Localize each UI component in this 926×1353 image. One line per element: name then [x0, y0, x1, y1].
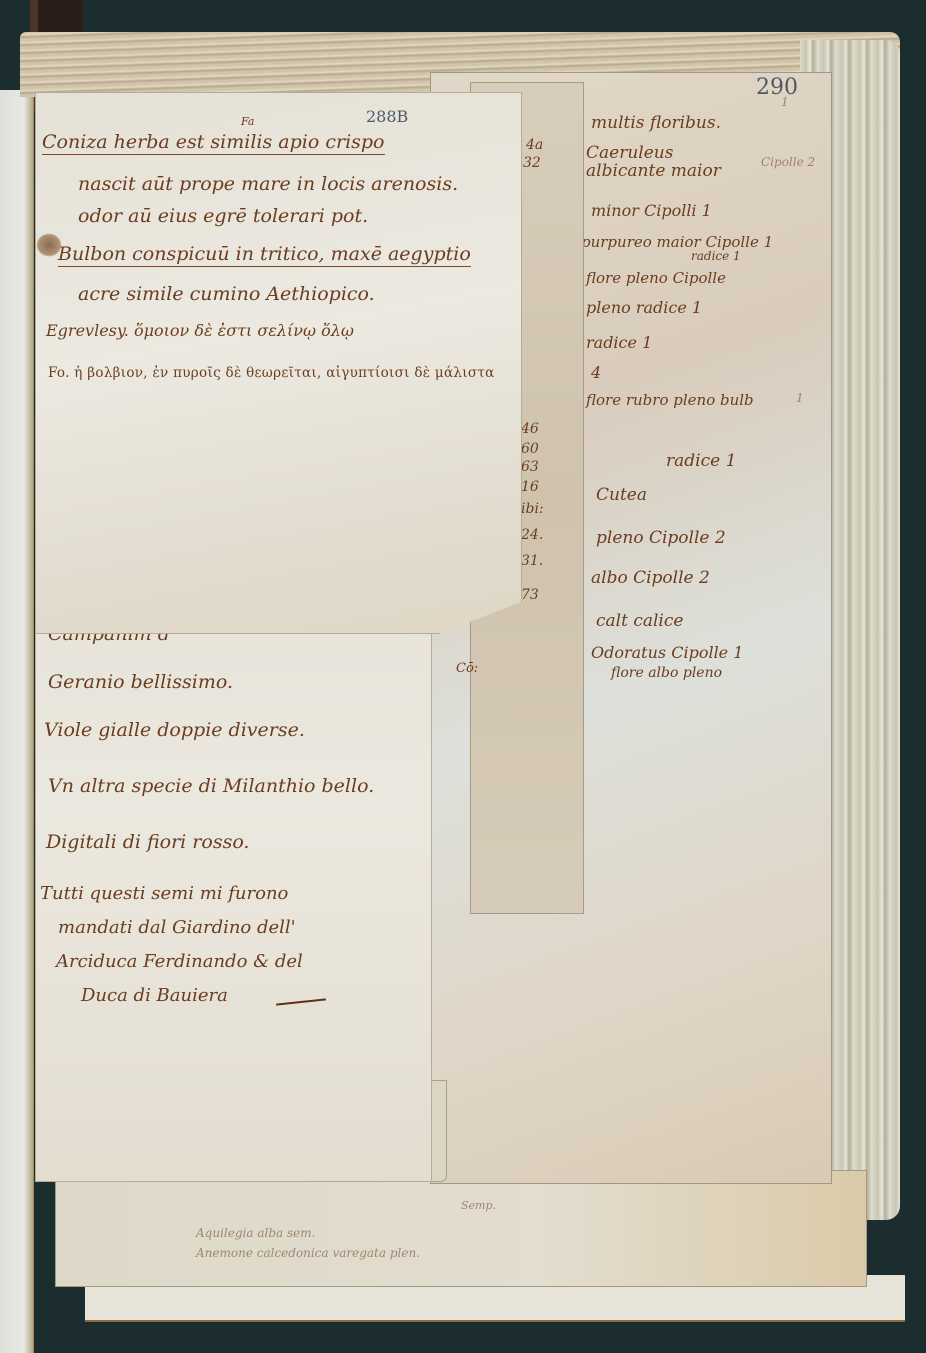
- strip-mark: Cō:: [456, 661, 478, 676]
- right-line: 4: [591, 363, 601, 382]
- bottom-sheet-line: Anemone calcedonica varegata plen.: [196, 1246, 420, 1260]
- right-line: radice 1: [586, 333, 652, 352]
- strip-number: 32: [523, 155, 541, 171]
- superscript-note: Fa: [241, 115, 254, 128]
- slip-line-text: Coniza herba est similis apio crispo: [42, 131, 385, 155]
- right-line: purpureo maior Cipolle 1: [581, 233, 773, 251]
- flourish-underline: [276, 998, 326, 1005]
- folio-number: 290: [756, 75, 798, 100]
- strip-number: 31.: [521, 553, 543, 569]
- margin-mark: 1: [781, 95, 789, 109]
- slip-line: Bulbon conspicuū in tritico, maxē aegypt…: [58, 243, 471, 265]
- slip-line: Fo. ἡ βολβιον, ἐν πυροῖς δὲ θεωρεῖται, α…: [48, 365, 495, 381]
- lower-note-sheet: Cō: Campanim d Geranio bellissimo. Viole…: [35, 560, 432, 1182]
- right-line: Caeruleus: [586, 143, 673, 163]
- facing-page-edge: [0, 90, 34, 1353]
- lower-line: Digitali di fiori rosso.: [46, 831, 249, 853]
- lower-line: Arciduca Ferdinando & del: [56, 951, 303, 972]
- strip-number: 16: [521, 479, 539, 495]
- right-line: radice 1: [666, 451, 736, 471]
- bottom-sheet-line: Aquilegia alba sem.: [196, 1226, 315, 1240]
- note-slip: 288B Fa Coniza herba est similis apio cr…: [35, 92, 522, 634]
- margin-mark: Cipolle 2: [761, 155, 815, 169]
- right-line: pleno Cipolle 2: [596, 528, 726, 548]
- strip-number: 63: [521, 459, 539, 475]
- bottom-sheet-corner-mark: Semp.: [461, 1199, 496, 1212]
- bottom-sheet: Aquilegia alba sem. Anemone calcedonica …: [55, 1170, 867, 1287]
- strip-number: 24.: [521, 527, 543, 543]
- right-line: pleno radice 1: [586, 298, 702, 317]
- right-line: multis floribus.: [591, 113, 721, 133]
- lower-line: mandati dal Giardino dell': [58, 917, 296, 938]
- right-line: albicante maior: [586, 161, 721, 181]
- slip-line: odor aū eius egrē tolerari pot.: [78, 205, 368, 227]
- right-line: minor Cipolli 1: [591, 201, 712, 220]
- lower-line: Geranio bellissimo.: [48, 671, 233, 693]
- slip-line: nascit aūt prope mare in locis arenosis.: [78, 173, 458, 195]
- strip-number: ibi:: [521, 501, 544, 517]
- lower-line: Tutti questi semi mi furono: [40, 883, 288, 904]
- slip-line-text: Bulbon conspicuū in tritico, maxē aegypt…: [58, 243, 471, 267]
- strip-number: 60: [521, 441, 539, 457]
- right-line: flore pleno Cipolle: [586, 269, 726, 287]
- right-line: flore albo pleno: [611, 665, 722, 681]
- right-line: albo Cipolle 2: [591, 568, 710, 588]
- margin-mark: 1: [796, 391, 804, 405]
- right-line: flore rubro pleno bulb: [586, 391, 754, 409]
- right-line: calt calice: [596, 611, 683, 631]
- strip-number: 46: [521, 421, 539, 437]
- right-line: radice 1: [691, 249, 741, 263]
- right-line: Cutea: [596, 485, 647, 505]
- lower-line: Viole gialle doppie diverse.: [44, 719, 305, 741]
- lower-line: Duca di Bauiera: [81, 985, 228, 1006]
- slip-line: acre simile cumino Aethiopico.: [78, 283, 375, 305]
- slip-line: Coniza herba est similis apio crispo: [42, 131, 385, 153]
- strip-number: 4a: [526, 137, 543, 153]
- slip-line: Egrevlesy. ὅμοιον δὲ ἐστι σελίνῳ ὅλῳ: [46, 321, 354, 340]
- lower-line: Vn altra specie di Milanthio bello.: [48, 775, 374, 797]
- right-line: Odoratus Cipolle 1: [591, 643, 743, 662]
- shelfmark: 288B: [366, 107, 408, 126]
- strip-number: 73: [521, 587, 539, 603]
